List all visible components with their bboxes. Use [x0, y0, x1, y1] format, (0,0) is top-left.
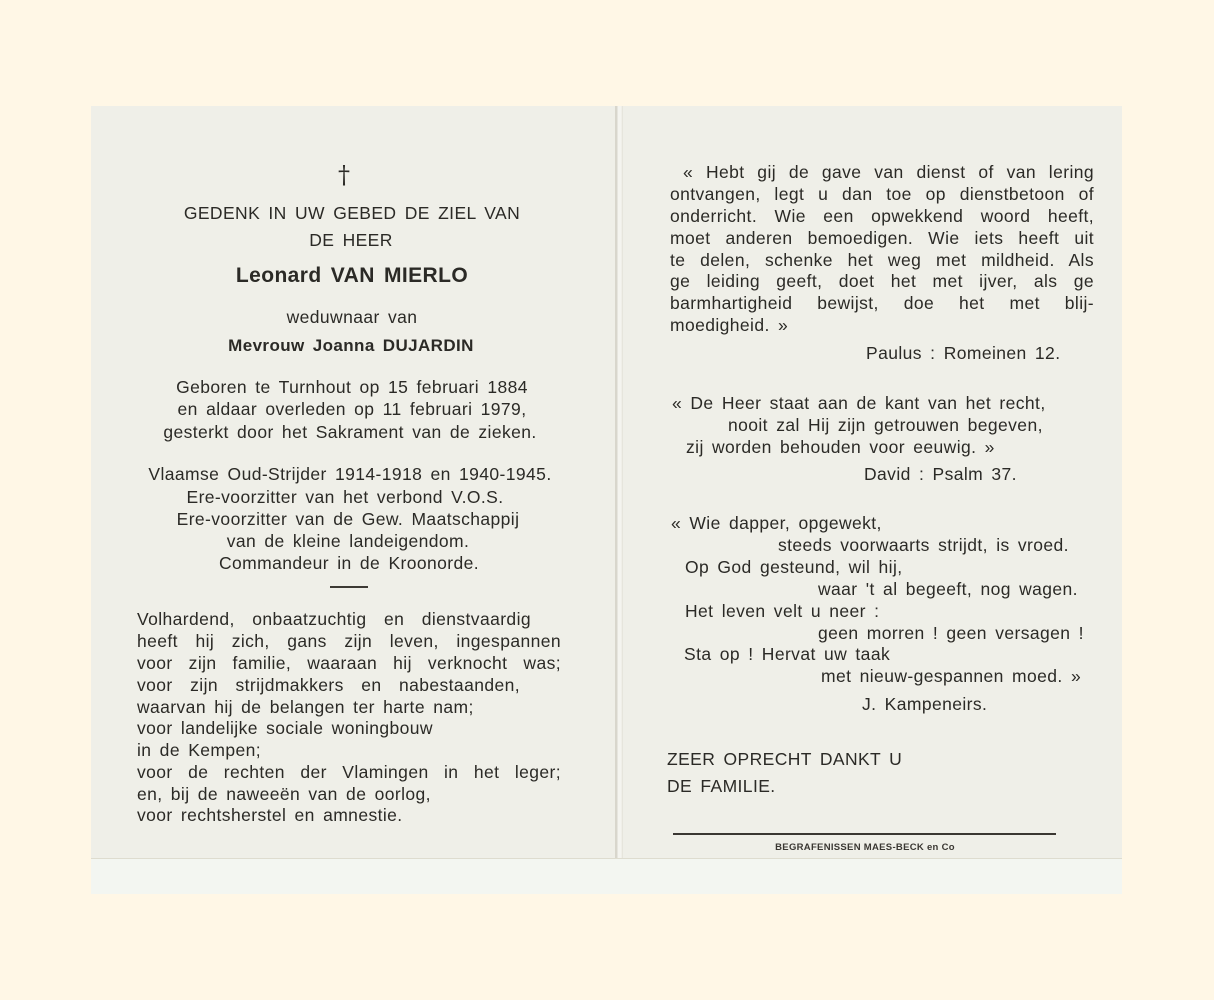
- quote-source: David : Psalm 37.: [864, 466, 1017, 484]
- card-fold: [615, 106, 623, 858]
- honor-line: Vlaamse Oud-Strijder 1914-1918 en 1940-1…: [148, 466, 551, 484]
- poem-line: geen morren ! geen versagen !: [818, 625, 1084, 643]
- tribute-line: in de Kempen;: [137, 742, 261, 760]
- quote-line: zij worden behouden voor eeuwig. »: [686, 439, 995, 457]
- quote-line: barmhartigheid bewijst, doe het met blij…: [670, 295, 1094, 313]
- quote-line: nooit zal Hij zijn getrouwen begeven,: [728, 417, 1043, 435]
- spouse-name: Mevrouw Joanna DUJARDIN: [228, 337, 474, 354]
- deceased-name: Leonard VAN MIERLO: [236, 265, 468, 286]
- tribute-line: voor zijn strijdmakkers en nabestaanden,: [137, 677, 520, 695]
- poem-line: Sta op ! Hervat uw taak: [684, 646, 890, 664]
- poem-line: Op God gesteund, wil hij,: [685, 559, 903, 577]
- poem-line: met nieuw-gespannen moed. »: [821, 668, 1081, 686]
- thanks-line-1: ZEER OPRECHT DANKT U: [667, 751, 902, 769]
- honor-line: Commandeur in de Kroonorde.: [219, 555, 479, 573]
- quote-source: Paulus : Romeinen 12.: [866, 345, 1060, 363]
- thanks-line-2: DE FAMILIE.: [667, 778, 776, 796]
- quote-line: « Hebt gij de gave van dienst of van ler…: [683, 164, 1094, 182]
- poem-line: Het leven velt u neer :: [685, 603, 879, 621]
- tribute-line: heeft hij zich, gans zijn leven, ingespa…: [137, 633, 561, 651]
- heading-line-2: DE HEER: [309, 232, 393, 250]
- tribute-line: voor rechtsherstel en amnestie.: [137, 807, 403, 825]
- birth-death-line: gesterkt door het Sakrament van de zieke…: [163, 424, 536, 442]
- poem-line: waar 't al begeeft, nog wagen.: [818, 581, 1078, 599]
- tribute-line: en, bij de naweeën van de oorlog,: [137, 786, 431, 804]
- birth-death-line: Geboren te Turnhout op 15 februari 1884: [176, 379, 528, 397]
- birth-death-line: en aldaar overleden op 11 februari 1979,: [178, 401, 527, 419]
- tribute-line: waarvan hij de belangen ter harte nam;: [137, 699, 474, 717]
- honor-line: Ere-voorzitter van de Gew. Maatschappij: [177, 511, 520, 529]
- section-divider: [330, 586, 368, 588]
- cross-icon: †: [338, 161, 350, 189]
- relation-text: weduwnaar van: [287, 309, 418, 327]
- poem-line: steeds voorwaarts strijdt, is vroed.: [778, 537, 1069, 555]
- tribute-line: Volhardend, onbaatzuchtig en dienstvaard…: [137, 611, 531, 629]
- quote-line: moet anderen bemoedigen. Wie iets heeft …: [670, 230, 1094, 248]
- quote-line: ge leiding geeft, doet het met ijver, al…: [670, 273, 1094, 291]
- footer-divider: [673, 833, 1056, 835]
- tribute-line: voor zijn familie, waaraan hij verknocht…: [137, 655, 561, 673]
- poem-author: J. Kampeneirs.: [862, 696, 987, 714]
- honor-line: van de kleine landeigendom.: [227, 533, 470, 551]
- quote-line: te delen, schenke het weg met mildheid. …: [670, 252, 1094, 270]
- quote-line: « De Heer staat aan de kant van het rech…: [672, 395, 1046, 413]
- printer-credit: BEGRAFENISSEN MAES-BECK en Co: [775, 842, 955, 853]
- quote-line: ontvangen, legt u dan toe op dienstbetoo…: [670, 186, 1094, 204]
- heading-line-1: GEDENK IN UW GEBED DE ZIEL VAN: [184, 205, 520, 223]
- tribute-line: voor de rechten der Vlamingen in het leg…: [137, 764, 561, 782]
- honor-line: Ere-voorzitter van het verbond V.O.S.: [187, 489, 504, 507]
- quote-line: moedigheid. »: [670, 317, 788, 335]
- poem-line: « Wie dapper, opgewekt,: [671, 515, 882, 533]
- quote-line: onderricht. Wie een opwekkend woord heef…: [670, 208, 1094, 226]
- tribute-line: voor landelijke sociale woningbouw: [137, 720, 433, 738]
- card-bottom-edge: [91, 858, 1122, 894]
